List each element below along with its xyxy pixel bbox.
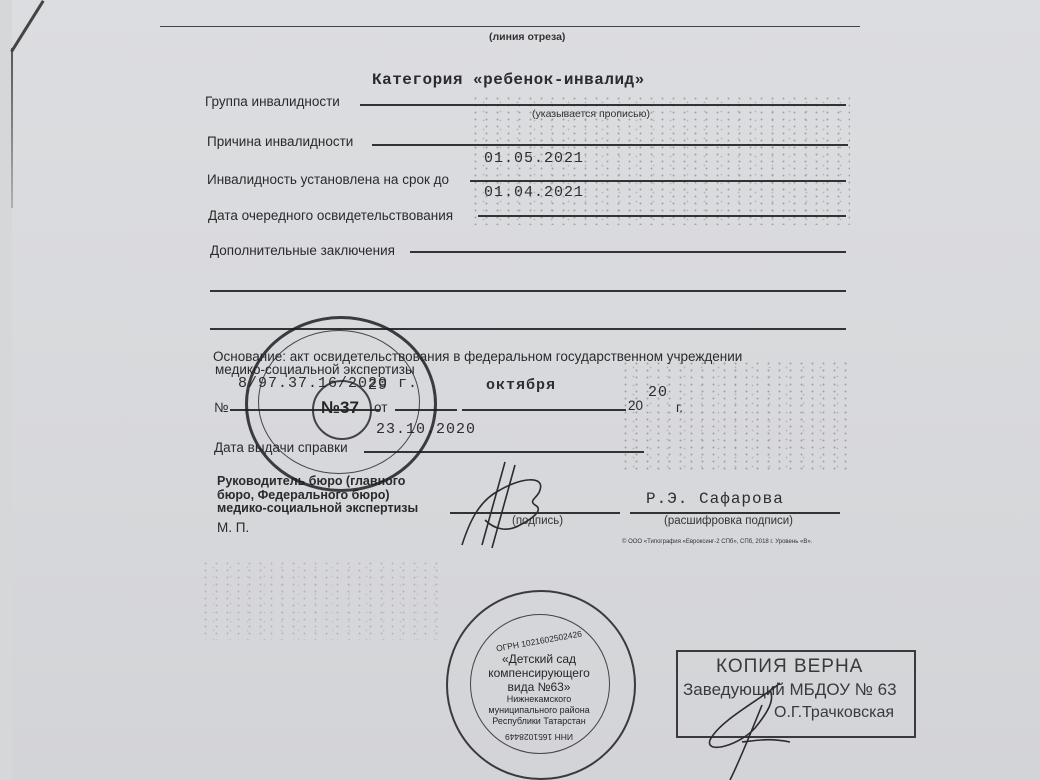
manager-signature-icon <box>0 0 1040 780</box>
